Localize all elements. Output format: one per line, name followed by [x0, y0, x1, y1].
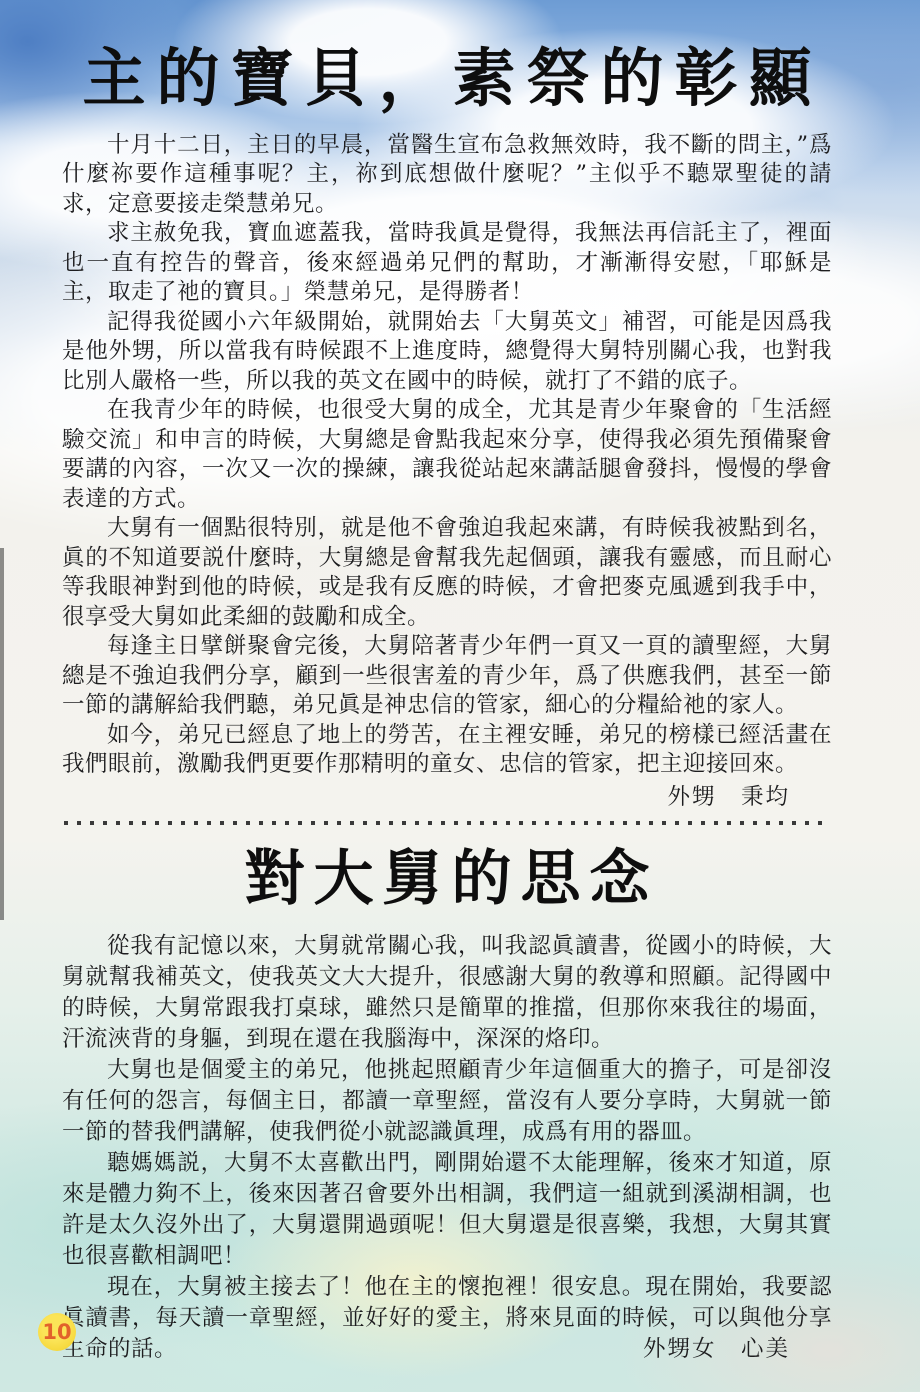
scanned-memorial-page: 主的寶貝，素祭的彰顯 十月十二日，主日的早晨，當醫生宣布急救無效時，我不斷的問主…: [0, 0, 920, 1392]
page-content: 主的寶貝，素祭的彰顯 十月十二日，主日的早晨，當醫生宣布急救無效時，我不斷的問主…: [62, 0, 832, 1364]
article1-body: 十月十二日，主日的早晨，當醫生宣布急救無效時，我不斷的問主，”爲什麼祢要作這種事…: [62, 131, 832, 812]
article2-paragraph-3: 聽媽媽説，大舅不太喜歡出門，剛開始還不太能理解，後來才知道，原來是體力夠不上，後…: [62, 1148, 832, 1272]
article2-body: 從我有記憶以來，大舅就常關心我，叫我認眞讀書，從國小的時候，大舅就幫我補英文，使…: [62, 931, 832, 1364]
article1-paragraph-3: 記得我從國小六年級開始，就開始去「大舅英文」補習，可能是因爲我是他外甥，所以當我…: [62, 308, 832, 397]
dotted-separator: [64, 821, 830, 825]
article1-paragraph-7: 如今，弟兄已經息了地上的勞苦，在主裡安睡，弟兄的榜樣已經活畫在我們眼前，激勵我們…: [62, 721, 832, 780]
article1-signature: 外甥 秉均: [62, 782, 832, 812]
article2-title: 對大舅的思念: [62, 841, 832, 918]
article1-paragraph-1: 十月十二日，主日的早晨，當醫生宣布急救無效時，我不斷的問主，”爲什麼祢要作這種事…: [62, 131, 832, 220]
article1-paragraph-5: 大舅有一個點很特別，就是他不會強迫我起來講，有時候我被點到名，眞的不知道要説什麼…: [62, 514, 832, 632]
article1-paragraph-6: 每逢主日擘餅聚會完後，大舅陪著青少年們一頁又一頁的讀聖經，大舅總是不強迫我們分享…: [62, 632, 832, 721]
scan-edge-artifact: [0, 548, 4, 920]
article2-signature: 外甥女 心美: [62, 1334, 832, 1364]
article1-title: 主的寶貝，素祭的彰顯: [62, 38, 832, 119]
article2-paragraph-2: 大舅也是個愛主的弟兄，他挑起照顧青少年這個重大的擔子，可是卻沒有任何的怨言，每個…: [62, 1055, 832, 1148]
article2-paragraph-1: 從我有記憶以來，大舅就常關心我，叫我認眞讀書，從國小的時候，大舅就幫我補英文，使…: [62, 931, 832, 1055]
article1-paragraph-4: 在我青少年的時候，也很受大舅的成全，尤其是青少年聚會的「生活經驗交流」和申言的時…: [62, 396, 832, 514]
article1-paragraph-2: 求主赦免我，寶血遮蓋我，當時我眞是覺得，我無法再信託主了，裡面也一直有控告的聲音…: [62, 219, 832, 308]
page-number: 10: [42, 1320, 71, 1344]
page-number-badge: 10: [38, 1313, 76, 1351]
